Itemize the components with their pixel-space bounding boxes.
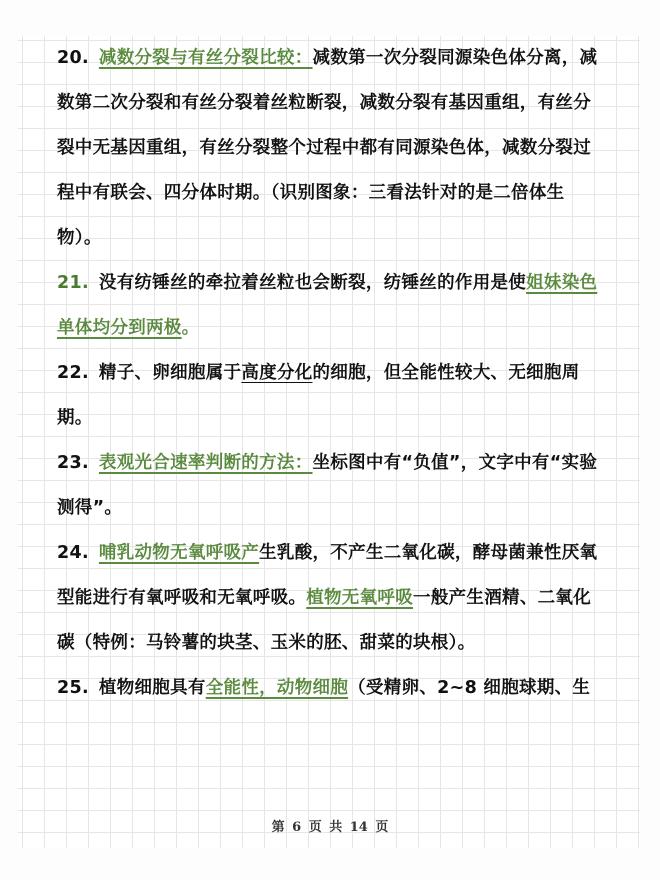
item-number: 24. bbox=[57, 531, 89, 576]
highlight-term: 植物无氧呼吸 bbox=[306, 588, 413, 608]
item-number: 23. bbox=[57, 441, 89, 486]
item-text: 减数第一次分裂同源染色体分离，减数第二次分裂和有丝分裂着丝粒断裂，减数分裂有基因… bbox=[57, 48, 597, 248]
item-22: 22.精子、卵细胞属于高度分化的细胞，但全能性较大、无细胞周期。 bbox=[57, 351, 607, 441]
item-number: 22. bbox=[57, 351, 89, 396]
highlight-term: 表观光合速率判断的方法： bbox=[99, 453, 313, 473]
item-25: 25.植物细胞具有全能性，动物细胞（受精卵、2~8 细胞球期、生 bbox=[57, 666, 607, 711]
highlight-term: 全能性，动物细胞 bbox=[206, 678, 348, 698]
item-text: 精子、卵细胞属于 bbox=[99, 363, 241, 383]
document-body: 20.减数分裂与有丝分裂比较：减数第一次分裂同源染色体分离，减数第二次分裂和有丝… bbox=[57, 36, 607, 711]
highlight-term: 哺乳动物无氧呼吸产 bbox=[99, 543, 259, 563]
item-text: 。 bbox=[182, 318, 200, 338]
item-23: 23.表观光合速率判断的方法：坐标图中有“负值”，文字中有“实验测得”。 bbox=[57, 441, 607, 531]
underlined-term: 高度分化 bbox=[241, 363, 312, 383]
item-21: 21.没有纺锤丝的牵拉着丝粒也会断裂，纺锤丝的作用是使姐妹染色单体均分到两极。 bbox=[57, 261, 607, 351]
item-text: 没有纺锤丝的牵拉着丝粒也会断裂，纺锤丝的作用是使 bbox=[99, 273, 526, 293]
item-text: （受精卵、2~8 细胞球期、生 bbox=[348, 678, 590, 698]
highlight-term: 减数分裂与有丝分裂比较： bbox=[99, 48, 313, 68]
item-text: 植物细胞具有 bbox=[99, 678, 206, 698]
item-20: 20.减数分裂与有丝分裂比较：减数第一次分裂同源染色体分离，减数第二次分裂和有丝… bbox=[57, 36, 607, 261]
item-number: 25. bbox=[57, 666, 89, 711]
item-number: 21. bbox=[57, 261, 89, 306]
item-24: 24.哺乳动物无氧呼吸产生乳酸，不产生二氧化碳，酵母菌兼性厌氧型能进行有氧呼吸和… bbox=[57, 531, 607, 666]
page-number-footer: 第 6 页 共 14 页 bbox=[0, 816, 660, 835]
item-number: 20. bbox=[57, 36, 89, 81]
